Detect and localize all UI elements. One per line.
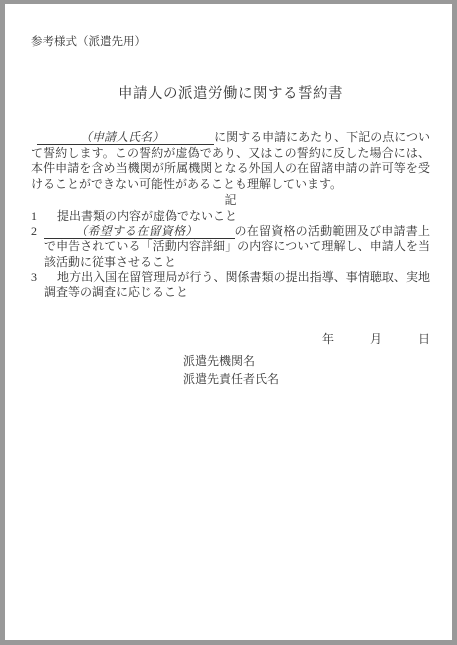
date-line: 年 月 日 [31, 332, 430, 347]
item-2-number: 2 [31, 224, 37, 238]
item-1-number: 1 [31, 209, 37, 223]
dispatch-destination-org-label: 派遣先機関名 [183, 352, 430, 370]
form-reference-label: 参考様式（派遣先用） [31, 35, 430, 49]
item-1-text: 提出書類の内容が虚偽でないこと [57, 209, 237, 223]
month-label: 月 [370, 332, 382, 347]
day-label: 日 [418, 332, 430, 347]
signature-block: 派遣先機関名 派遣先責任者氏名 [183, 352, 430, 388]
pledge-item-3: 3地方出入国在留管理局が行う、関係書類の提出指導、事情聴取、実地調査等の調査に応… [31, 270, 430, 301]
year-label: 年 [322, 332, 334, 347]
document-title: 申請人の派遣労働に関する誓約書 [31, 85, 430, 103]
pledge-items: 1提出書類の内容が虚偽でないこと 2（希望する在留資格）の在留資格の活動範囲及び… [31, 209, 430, 301]
applicant-name-placeholder: （申請人氏名） [80, 130, 164, 144]
intro-paragraph: （申請人氏名）に関する申請にあたり、下記の点について誓約します。この誓約が虚偽で… [31, 130, 430, 192]
record-marker: 記 [31, 193, 430, 209]
desired-residence-status-placeholder: （希望する在留資格） [75, 224, 198, 238]
item-3-number: 3 [31, 270, 37, 284]
document-page: 参考様式（派遣先用） 申請人の派遣労働に関する誓約書 （申請人氏名）に関する申請… [5, 4, 452, 640]
pledge-item-2: 2（希望する在留資格）の在留資格の活動範囲及び申請書上で申告されている「活動内容… [31, 224, 430, 270]
item-3-text: 地方出入国在留管理局が行う、関係書類の提出指導、事情聴取、実地調査等の調査に応じ… [44, 270, 430, 299]
desired-residence-status-blank-field: （希望する在留資格） [44, 224, 235, 239]
applicant-name-blank-field: （申請人氏名） [37, 130, 214, 145]
pledge-item-1: 1提出書類の内容が虚偽でないこと [31, 209, 430, 224]
dispatch-destination-responsible-person-label: 派遣先責任者氏名 [183, 370, 430, 388]
